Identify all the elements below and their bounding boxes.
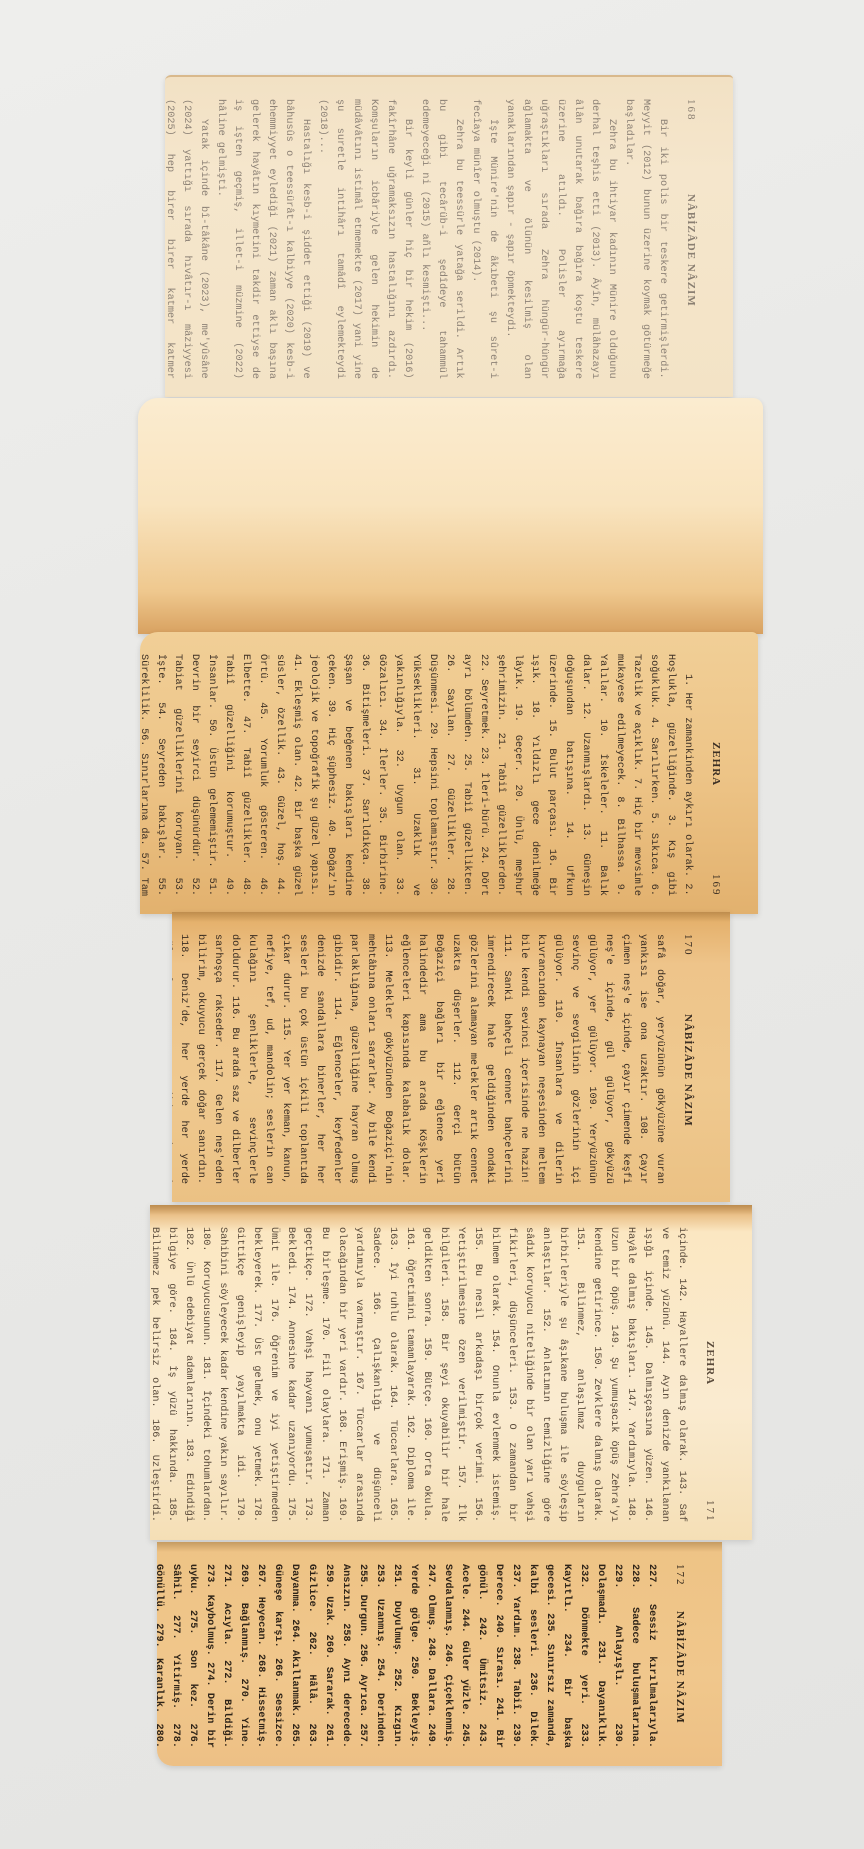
paragraph: 1. Her zamankinden aykırı olarak. 2. Hoş… bbox=[140, 654, 696, 896]
blank-curled-page bbox=[138, 398, 763, 634]
photograph: 168 NÂBİZÂDE NÂZIM Bir iki polis bir tes… bbox=[0, 0, 864, 1849]
page-168: 168 NÂBİZÂDE NÂZIM Bir iki polis bir tes… bbox=[165, 75, 733, 397]
paragraph: Bir keyli günler hiç bir hekim (2016) fa… bbox=[314, 99, 416, 379]
page-body: 1. Her zamankinden aykırı olarak. 2. Hoş… bbox=[140, 654, 696, 896]
running-title: NÂBİZÂDE NÂZIM bbox=[682, 957, 694, 1185]
page-number: 170 bbox=[682, 934, 694, 957]
paragraph: içinde. 142. Hayallere dalmış olarak. 14… bbox=[150, 1227, 690, 1522]
paragraph: Hastalığı kesb-i şiddet ettiği (2019) ve… bbox=[212, 99, 314, 379]
page-body: Bir iki polis bir teskere getirmişlerdi.… bbox=[165, 99, 671, 379]
paragraph: İşte Münire'nin de âkıbeti şu sûret-i fe… bbox=[467, 99, 501, 379]
page-171: ZEHRA 171 içinde. 142. Hayallere dalmış … bbox=[150, 1205, 752, 1540]
running-title: NÂBİZÂDE NÂZIM bbox=[685, 122, 697, 380]
running-head: ZEHRA 169 bbox=[710, 654, 722, 896]
page-number: 168 bbox=[685, 99, 697, 122]
page-169: ZEHRA 169 1. Her zamankinden aykırı olar… bbox=[140, 632, 758, 914]
paragraph: Yatak içinde bî-tâkâne (2023), me'yûsâne… bbox=[165, 99, 212, 379]
running-head: ZEHRA 171 bbox=[704, 1227, 716, 1522]
running-head: 170 NÂBİZÂDE NÂZIM bbox=[682, 934, 694, 1184]
page-number: 171 bbox=[704, 1500, 716, 1523]
running-title: ZEHRA bbox=[704, 1227, 716, 1500]
paragraph: Bir iki polis bir teskere getirmişlerdi.… bbox=[620, 99, 671, 379]
page-number: 169 bbox=[710, 874, 722, 897]
paragraph: safâ doğar, yeryüzünün gökyüzüne vuran y… bbox=[172, 934, 668, 1184]
paragraph: Zehra bu ihtiyar kadının Münire olduğunu… bbox=[501, 99, 620, 379]
running-head: 172 NÂBİZÂDE NÂZIM bbox=[674, 1564, 686, 1748]
running-title: NÂBİZÂDE NÂZIM bbox=[674, 1587, 686, 1749]
page-number: 172 bbox=[674, 1564, 686, 1587]
paragraph: 227. Sessiz kırılmalarıyla. 228. Sadece … bbox=[157, 1564, 660, 1748]
running-title: ZEHRA bbox=[710, 654, 722, 874]
page-body: içinde. 142. Hayallere dalmış olarak. 14… bbox=[150, 1227, 690, 1522]
page-170: 170 NÂBİZÂDE NÂZIM safâ doğar, yeryüzünü… bbox=[172, 912, 730, 1202]
paragraph: Zehra bu teessürle yatağa serildi. Artık… bbox=[416, 99, 467, 379]
page-body: safâ doğar, yeryüzünün gökyüzüne vuran y… bbox=[172, 934, 668, 1184]
running-head: 168 NÂBİZÂDE NÂZIM bbox=[685, 99, 697, 379]
page-172: 172 NÂBİZÂDE NÂZIM 227. Sessiz kırılmala… bbox=[157, 1542, 722, 1766]
page-body: 227. Sessiz kırılmalarıyla. 228. Sadece … bbox=[157, 1564, 660, 1748]
